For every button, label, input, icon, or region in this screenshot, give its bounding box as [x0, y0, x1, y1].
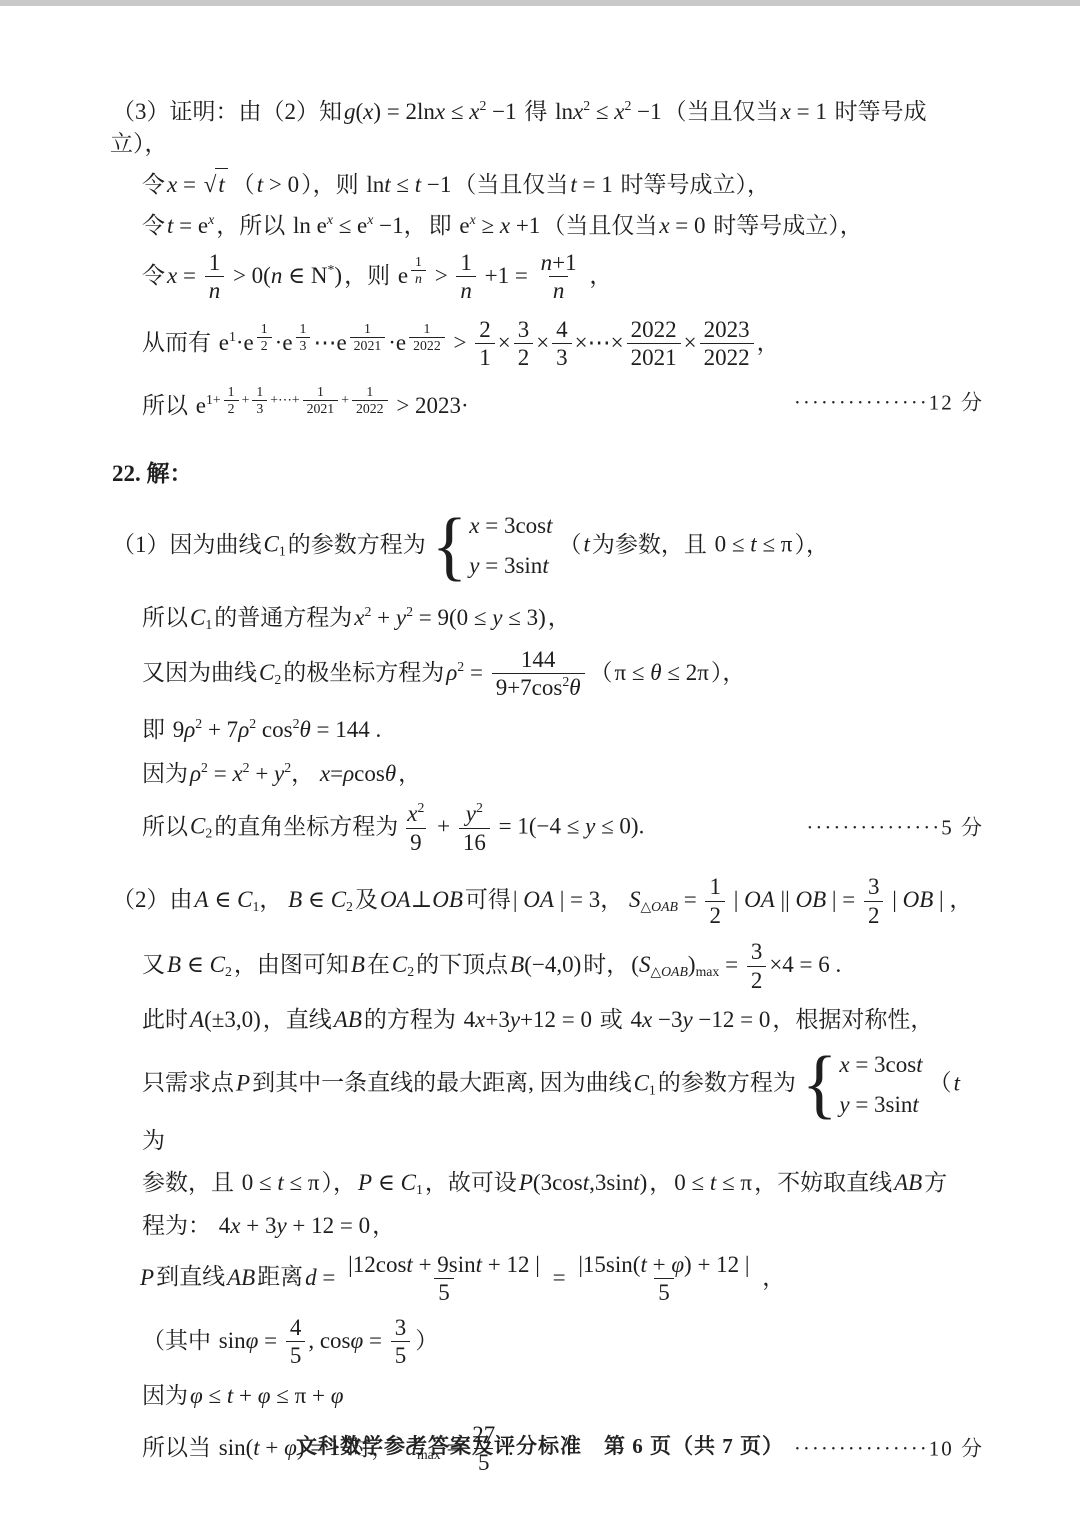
- formula-line: （1）因为曲线C1的参数方程为{x = 3costy = 3sint（t为参数，…: [110, 506, 984, 586]
- math-roman: cos: [256, 717, 292, 742]
- math-roman: = 1: [791, 99, 833, 124]
- fraction: 1n: [411, 254, 426, 287]
- math-roman: ln: [361, 172, 385, 197]
- math-italic: A: [190, 1007, 204, 1032]
- text-run: 即: [429, 213, 452, 238]
- math-roman: ，: [259, 887, 288, 912]
- math-italic: OAB: [661, 964, 688, 979]
- text-run: ），: [322, 1170, 357, 1195]
- text-run: 到直线: [156, 1264, 225, 1289]
- fraction: |12cost + 9sint + 12 |5: [344, 1252, 544, 1307]
- subscript: △OAB: [641, 899, 678, 914]
- math-italic: n: [541, 250, 553, 275]
- math-roman: + 9sin: [413, 1252, 476, 1277]
- math-italic: y: [682, 1007, 692, 1032]
- math-italic: y: [839, 1092, 849, 1117]
- fraction: 12: [224, 384, 239, 417]
- text-run: ，: [372, 1213, 395, 1238]
- math-italic: y: [396, 605, 406, 630]
- formula-line: P到直线AB距离d = |12cost + 9sint + 12 |5 = |1…: [140, 1252, 984, 1307]
- fraction: 12021: [350, 321, 386, 354]
- math-roman: sin: [213, 1328, 246, 1353]
- math-roman: 0 ≤: [674, 1170, 710, 1195]
- math-italic: θ: [385, 761, 396, 786]
- math-roman: ≤ 0).: [595, 814, 644, 839]
- text-run: 又因为曲线: [142, 660, 257, 685]
- fraction: y216: [459, 800, 490, 856]
- math-roman: ≤ 2π: [662, 660, 709, 685]
- text-run: 即: [142, 717, 165, 742]
- math-italic: x: [435, 99, 445, 124]
- math-roman: +12 = 0: [520, 1007, 598, 1032]
- math-italic: OAB: [651, 899, 678, 914]
- formula-line: 所以C1的普通方程为x2 + y2 = 9(0 ≤ y ≤ 3)，: [140, 602, 984, 634]
- math-italic: x: [642, 1007, 652, 1032]
- text-run: ），: [711, 660, 746, 685]
- math-italic: n: [209, 278, 221, 303]
- math-roman: π ≤: [615, 660, 651, 685]
- fraction: 12022: [352, 384, 388, 417]
- math-italic: OA: [744, 887, 775, 912]
- formula-line: 22. 解：: [110, 458, 984, 490]
- math-roman: + 7: [202, 717, 238, 742]
- math-roman: ≤: [445, 99, 469, 124]
- math-roman: |: [886, 887, 902, 912]
- math-roman: >: [429, 263, 453, 288]
- math-roman: =: [363, 1328, 387, 1353]
- subscript: max: [696, 964, 720, 979]
- formula-line: 从而有 e1·e12·e13⋯e12021·e12022 > 21×32×43×…: [140, 317, 984, 372]
- fraction: 21: [475, 317, 495, 372]
- math-roman: −12 = 0: [693, 1007, 771, 1032]
- math-italic: g: [344, 99, 356, 124]
- math-roman: △: [650, 964, 661, 979]
- superscript: 12: [254, 329, 275, 344]
- superscript: 12021: [347, 329, 389, 344]
- math-roman: > 0: [263, 172, 299, 197]
- math-roman: ≤ π: [716, 1170, 752, 1195]
- superscript: 12022: [406, 329, 448, 344]
- math-italic: φ: [190, 1383, 203, 1408]
- text-run: ，由图可知: [234, 952, 349, 977]
- text-run: 的下顶点: [416, 952, 508, 977]
- text-run: 令: [142, 263, 165, 288]
- superscript: 2: [201, 760, 208, 775]
- math-roman: ·e: [275, 330, 293, 355]
- math-roman: |: [513, 887, 523, 912]
- math-roman: = 144 .: [311, 717, 381, 742]
- math-italic: n: [553, 278, 565, 303]
- math-italic: C: [401, 1170, 416, 1195]
- math-italic: x: [500, 213, 510, 238]
- math-roman: =: [678, 887, 702, 912]
- text-run: 得: [524, 99, 547, 124]
- text-run: 令: [142, 172, 165, 197]
- formula-line: 令x = √t（t > 0），则 lnt ≤ t −1（当且仅当t = 1 时等…: [140, 168, 984, 201]
- math-roman: (±3,0): [204, 1007, 261, 1032]
- fraction: 12: [257, 321, 272, 354]
- math-italic: B: [288, 887, 302, 912]
- math-italic: OB: [795, 887, 826, 912]
- formula-line: 因为ρ2 = x2 + y2， x=ρcosθ，: [140, 758, 984, 790]
- subscript: 1: [649, 1082, 656, 1097]
- math-roman: −1: [486, 99, 522, 124]
- text-run: 时，: [583, 952, 629, 977]
- math-roman: ≤ e: [333, 213, 367, 238]
- math-roman: e: [454, 213, 470, 238]
- math-italic: t: [912, 1092, 918, 1117]
- math-italic: C: [190, 814, 205, 839]
- math-roman: 0 ≤: [236, 1170, 277, 1195]
- text-run: 距离: [257, 1264, 303, 1289]
- math-italic: n: [415, 271, 422, 286]
- math-italic: t: [916, 1052, 922, 1077]
- math-roman: +: [371, 605, 395, 630]
- score-marker: ···············5 分: [806, 814, 984, 843]
- text-run: （当且仅当: [453, 172, 568, 197]
- math-roman: = 9(0 ≤: [413, 605, 492, 630]
- math-roman: ×: [498, 330, 511, 355]
- math-italic: x: [167, 172, 177, 197]
- subscript: 1: [416, 1182, 423, 1197]
- math-roman: +: [341, 392, 349, 407]
- math-roman: 1+: [206, 392, 221, 407]
- math-roman: ·e: [236, 330, 254, 355]
- math-italic: C: [634, 1070, 649, 1095]
- text-run: （1）因为曲线: [112, 532, 262, 557]
- math-roman: +: [431, 814, 455, 839]
- math-italic: t: [954, 1070, 960, 1095]
- math-roman: +1: [510, 213, 540, 238]
- math-italic: y: [466, 801, 476, 826]
- math-roman: ≤ π +: [270, 1383, 330, 1408]
- math-roman: , cos: [308, 1328, 350, 1353]
- subscript: 2: [225, 964, 232, 979]
- math-italic: P: [236, 1070, 250, 1095]
- text-run: 的参数方程为: [288, 532, 426, 557]
- fraction: 32: [514, 317, 534, 372]
- text-run: 所以: [142, 393, 188, 418]
- math-roman: −1: [421, 172, 451, 197]
- fraction: |15sin(t + φ) + 12 |5: [574, 1252, 753, 1307]
- superscript: 2: [243, 760, 250, 775]
- text-run: 为参数，且: [592, 532, 707, 557]
- math-roman: = 0: [670, 213, 712, 238]
- math-roman: | ，: [933, 887, 972, 912]
- math-roman: =: [547, 1264, 571, 1289]
- text-run: 令: [142, 213, 165, 238]
- math-italic: OB: [432, 887, 463, 912]
- formula-line: 即 9ρ2 + 7ρ2 cos2θ = 144 .: [140, 714, 984, 746]
- math-roman: ≤: [391, 172, 415, 197]
- math-roman: 4: [625, 1007, 642, 1032]
- math-roman: +: [242, 392, 250, 407]
- math-roman: +: [647, 1252, 671, 1277]
- formula-line: 此时A(±3,0)，直线AB的方程为 4x+3y+12 = 0 或 4x −3y…: [140, 1004, 984, 1036]
- math-italic: x: [232, 761, 242, 786]
- math-italic: x: [363, 99, 373, 124]
- text-run: 从而有: [142, 330, 211, 355]
- math-roman: ，: [291, 761, 320, 786]
- score-marker: ···············12 分: [794, 388, 984, 417]
- formula-line: 程为： 4x + 3y + 12 = 0，: [140, 1210, 984, 1242]
- text-run: 到其中一条直线的最大距离, 因为曲线: [252, 1070, 632, 1095]
- math-italic: y: [492, 605, 502, 630]
- math-italic: x: [167, 263, 177, 288]
- math-roman: ，: [584, 263, 613, 288]
- math-roman: ，: [757, 1264, 786, 1289]
- text-run: 在: [367, 952, 390, 977]
- math-italic: C: [264, 532, 279, 557]
- math-roman: +: [250, 761, 274, 786]
- math-roman: ⋯e: [313, 330, 346, 355]
- math-roman: =: [258, 1328, 282, 1353]
- formula-line: （3）证明：由（2）知g(x) = 2lnx ≤ x2 −1 得 lnx2 ≤ …: [110, 96, 984, 160]
- subscript: 2: [205, 826, 212, 841]
- superscript: 2: [476, 800, 483, 815]
- math-roman: >: [448, 330, 472, 355]
- math-roman: −1: [631, 99, 661, 124]
- fraction: 45: [286, 1315, 306, 1370]
- text-run: ），则: [301, 172, 359, 197]
- math-roman: 9+7cos: [496, 675, 563, 700]
- text-run: ，故可设: [425, 1170, 517, 1195]
- math-italic: θ: [569, 675, 580, 700]
- math-roman: =: [464, 660, 488, 685]
- page-footer: 文科数学参考答案及评分标准 第 6 页（共 7 页）: [0, 1430, 1080, 1460]
- text-run: ，不妨取直线: [754, 1170, 892, 1195]
- math-roman: + 12 = 0: [287, 1213, 370, 1238]
- fraction: 12022: [409, 321, 445, 354]
- math-roman: = 1(−4 ≤: [493, 814, 585, 839]
- text-run: （当且仅当: [542, 213, 657, 238]
- math-roman: > 2023·: [391, 393, 469, 418]
- math-italic: S: [639, 952, 651, 977]
- formula-line: 参数，且 0 ≤ t ≤ π），P ∈ C1，故可设P(3cost,3sint)…: [140, 1167, 984, 1199]
- fraction: 12021: [303, 384, 339, 417]
- formula-line: 令x = 1n > 0(n ∈ N*)，则 e1n > 1n +1 = n+1n…: [140, 250, 984, 305]
- math-italic: ρ: [190, 761, 201, 786]
- text-run: 因为: [142, 761, 188, 786]
- fraction: 1449+7cos2θ: [492, 647, 585, 702]
- math-roman: +1: [552, 250, 576, 275]
- text-run: ，则: [344, 263, 390, 288]
- math-italic: θ: [299, 717, 310, 742]
- math-roman: ×⋯×: [575, 330, 624, 355]
- superscript: x: [208, 212, 214, 227]
- math-roman: = 3sin: [480, 553, 543, 578]
- superscript: 1n: [408, 262, 429, 277]
- math-italic: x: [407, 801, 417, 826]
- math-roman: ) = 2ln: [373, 99, 435, 124]
- math-roman: ∈: [209, 887, 238, 912]
- radical: √t: [204, 168, 228, 201]
- text-run: 参数，且: [142, 1170, 234, 1195]
- subscript: 1: [279, 544, 286, 559]
- subscript: 2: [346, 899, 353, 914]
- math-italic: AB: [334, 1007, 362, 1032]
- math-italic: θ: [650, 660, 661, 685]
- text-run: 为: [142, 1128, 165, 1153]
- fraction: 20222021: [627, 317, 681, 372]
- math-italic: x: [781, 99, 791, 124]
- text-run: （其中: [142, 1328, 211, 1353]
- math-roman: = 3cos: [850, 1052, 917, 1077]
- math-italic: A: [195, 887, 209, 912]
- text-run: 的方程为: [364, 1007, 456, 1032]
- math-roman: ): [640, 1170, 648, 1195]
- formula-line: 所以 e1+12+13+⋯+12021+12022 > 2023········…: [140, 384, 984, 422]
- math-roman: > 0(: [227, 263, 271, 288]
- fraction: 13: [252, 384, 267, 417]
- math-italic: y: [276, 1213, 286, 1238]
- math-roman: ≤: [203, 1383, 227, 1408]
- text-run: 只需求点: [142, 1070, 234, 1095]
- cases-bracket: {x = 3costy = 3sint: [802, 1045, 923, 1125]
- text-run: 或: [600, 1007, 623, 1032]
- math-roman: 9: [167, 717, 184, 742]
- math-roman: + 3: [240, 1213, 276, 1238]
- superscript: 1: [229, 329, 236, 344]
- math-italic: t: [542, 553, 548, 578]
- math-italic: x: [614, 99, 624, 124]
- text-run: ，: [548, 605, 571, 630]
- fraction: 13: [296, 321, 311, 354]
- math-italic: ρ: [446, 660, 457, 685]
- math-roman: 4: [458, 1007, 475, 1032]
- math-italic: t: [546, 513, 552, 538]
- math-italic: φ: [350, 1328, 363, 1353]
- formula-line: 令t = ex，所以 ln ex ≤ ex −1，即 ex ≥ x +1（当且仅…: [140, 210, 984, 242]
- math-italic: x: [469, 513, 479, 538]
- text-run: 的极坐标方程为: [283, 660, 444, 685]
- math-italic: C: [190, 605, 205, 630]
- subscript: △OAB: [650, 964, 687, 979]
- math-roman: ∈: [302, 887, 331, 912]
- math-roman: ): [688, 952, 696, 977]
- math-italic: t: [584, 532, 590, 557]
- math-italic: OA: [380, 887, 411, 912]
- text-run: ）: [415, 1328, 438, 1353]
- fraction: 35: [391, 1315, 411, 1370]
- superscript: 13: [293, 329, 314, 344]
- text-run: 可得: [465, 887, 511, 912]
- math-roman: = e: [173, 213, 208, 238]
- text-run: ），: [794, 532, 829, 557]
- math-roman: ∈: [372, 1170, 401, 1195]
- math-roman: = 1: [577, 172, 619, 197]
- cases-bracket: {x = 3costy = 3sint: [432, 506, 553, 586]
- math-roman: 0 ≤: [709, 532, 750, 557]
- math-italic: P: [358, 1170, 372, 1195]
- math-roman: =: [719, 952, 743, 977]
- math-italic: x: [230, 1213, 240, 1238]
- fraction: x29: [403, 800, 428, 856]
- superscript: 2: [417, 800, 424, 815]
- fraction: 12: [705, 874, 725, 929]
- math-roman: |: [728, 887, 744, 912]
- text-run: 的普通方程为: [214, 605, 352, 630]
- math-roman: ): [334, 263, 342, 288]
- text-run: 时等号成立），: [713, 213, 863, 238]
- text-run: 此时: [142, 1007, 188, 1032]
- formula-line: （其中 sinφ = 45, cosφ = 35）: [140, 1315, 984, 1370]
- fraction: 20232022: [700, 317, 754, 372]
- math-italic: φ: [258, 1383, 271, 1408]
- math-roman: ⊥: [411, 887, 433, 912]
- math-roman: (: [631, 952, 639, 977]
- math-italic: t: [218, 172, 224, 197]
- text-run: 及: [355, 887, 378, 912]
- formula-line: 所以C2的直角坐标方程为x29 + y216 = 1(−4 ≤ y ≤ 0).·…: [140, 800, 984, 856]
- superscript: 2: [406, 604, 413, 619]
- math-italic: x: [839, 1052, 849, 1077]
- math-roman: e: [190, 393, 206, 418]
- math-roman: (−4,0): [524, 952, 581, 977]
- text-run: 的直角坐标方程为: [214, 814, 398, 839]
- math-italic: x: [320, 761, 330, 786]
- text-run: （当且仅当: [664, 99, 779, 124]
- math-roman: △: [641, 899, 652, 914]
- math-italic: φ: [331, 1383, 344, 1408]
- math-roman: +1 =: [479, 263, 534, 288]
- math-italic: x: [208, 212, 214, 227]
- text-run: （: [929, 1070, 952, 1095]
- text-run: （3）证明：由（2）知: [112, 99, 342, 124]
- math-roman: + 12 |: [482, 1252, 540, 1277]
- math-roman: (3cos: [533, 1170, 583, 1195]
- math-italic: d: [305, 1264, 317, 1289]
- math-roman: cos: [354, 761, 385, 786]
- math-italic: y: [274, 761, 284, 786]
- math-roman: +⋯+: [270, 392, 299, 407]
- formula-line: （2）由A ∈ C1， B ∈ C2及OA⊥OB可得| OA | = 3， S△…: [110, 874, 984, 929]
- math-italic: C: [392, 952, 407, 977]
- math-roman: −3: [652, 1007, 682, 1032]
- math-roman: |12cos: [348, 1252, 406, 1277]
- fraction: 1n: [205, 250, 225, 305]
- math-italic: P: [140, 1264, 154, 1289]
- math-italic: x: [354, 605, 364, 630]
- math-roman: e: [213, 330, 229, 355]
- math-roman: e: [392, 263, 408, 288]
- math-italic: φ: [671, 1252, 684, 1277]
- math-roman: = 3sin: [850, 1092, 913, 1117]
- subscript: 2: [274, 672, 281, 687]
- subscript: 2: [407, 964, 414, 979]
- math-italic: y: [510, 1007, 520, 1032]
- math-roman: | = 3，: [554, 887, 629, 912]
- math-roman: ≤ π: [757, 532, 793, 557]
- subscript: 1: [205, 618, 212, 633]
- text-run: ，根据对称性，: [772, 1007, 933, 1032]
- fraction: n+1n: [537, 250, 581, 305]
- math-italic: ρ: [184, 717, 195, 742]
- text-run: 又: [142, 952, 165, 977]
- math-italic: y: [469, 553, 479, 578]
- math-roman: = 3cos: [480, 513, 547, 538]
- text-run: 方: [924, 1170, 947, 1195]
- text-run: ，所以: [216, 213, 285, 238]
- math-italic: n: [271, 263, 283, 288]
- formula-line: 因为φ ≤ t + φ ≤ π + φ: [140, 1380, 984, 1412]
- math-roman: ≤ π: [284, 1170, 320, 1195]
- fraction: 43: [552, 317, 572, 372]
- math-roman: ≤: [590, 99, 614, 124]
- math-italic: C: [237, 887, 252, 912]
- math-roman: =: [177, 263, 201, 288]
- text-run: （: [232, 172, 255, 197]
